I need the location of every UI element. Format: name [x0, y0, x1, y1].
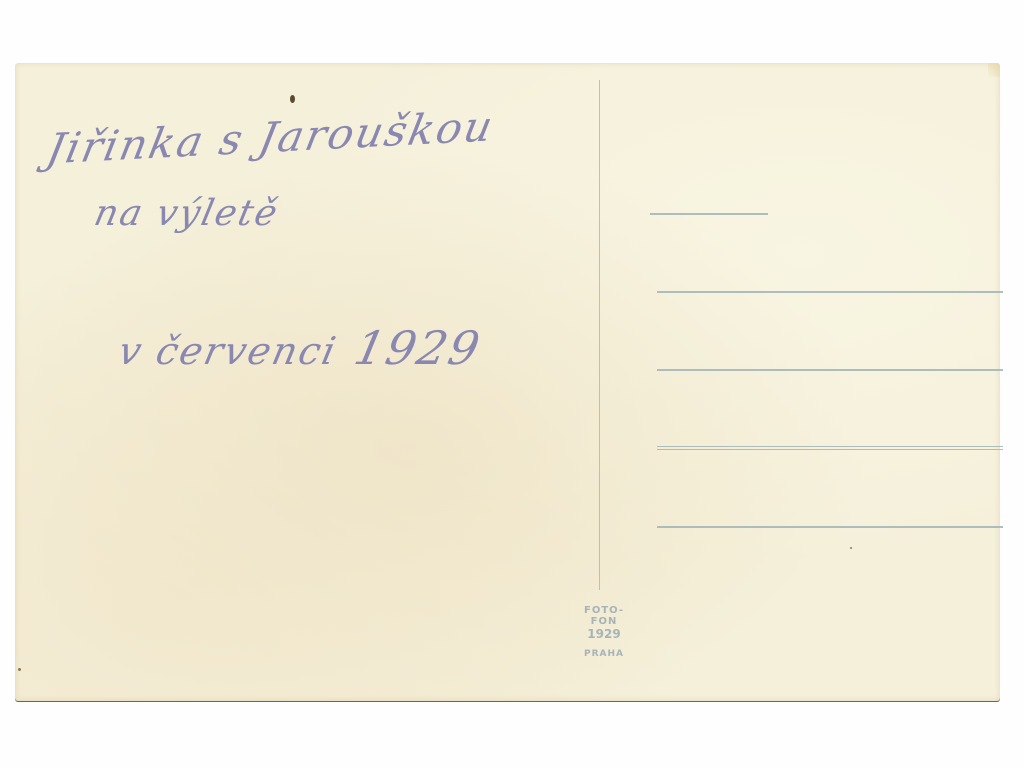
handwritten-line-names: Jiřinka s Jarouškou [43, 101, 499, 173]
handwritten-line-date: v červenci1929 [114, 321, 486, 375]
ink-spot [290, 95, 295, 103]
postcard-back: Jiřinka s Jarouškou na výletě v červenci… [15, 63, 1000, 701]
stamp-city-text: PRAHA [572, 649, 636, 659]
handwritten-year: 1929 [350, 321, 487, 375]
stamp-year-text: 1929 [572, 627, 636, 641]
handwritten-month: v červenci [115, 329, 342, 373]
address-line-short [650, 213, 768, 215]
speck [850, 547, 852, 549]
address-line [657, 526, 1003, 528]
address-line-double [657, 446, 1003, 447]
address-line [657, 291, 1003, 293]
photographer-stamp: FOTO-FON 1929 PRAHA [572, 603, 636, 667]
center-divider-line [599, 80, 600, 590]
speck [18, 668, 21, 671]
handwritten-line-trip: na výletě [91, 193, 283, 234]
stamp-top-text: FOTO-FON [572, 605, 636, 627]
address-line [657, 369, 1003, 371]
